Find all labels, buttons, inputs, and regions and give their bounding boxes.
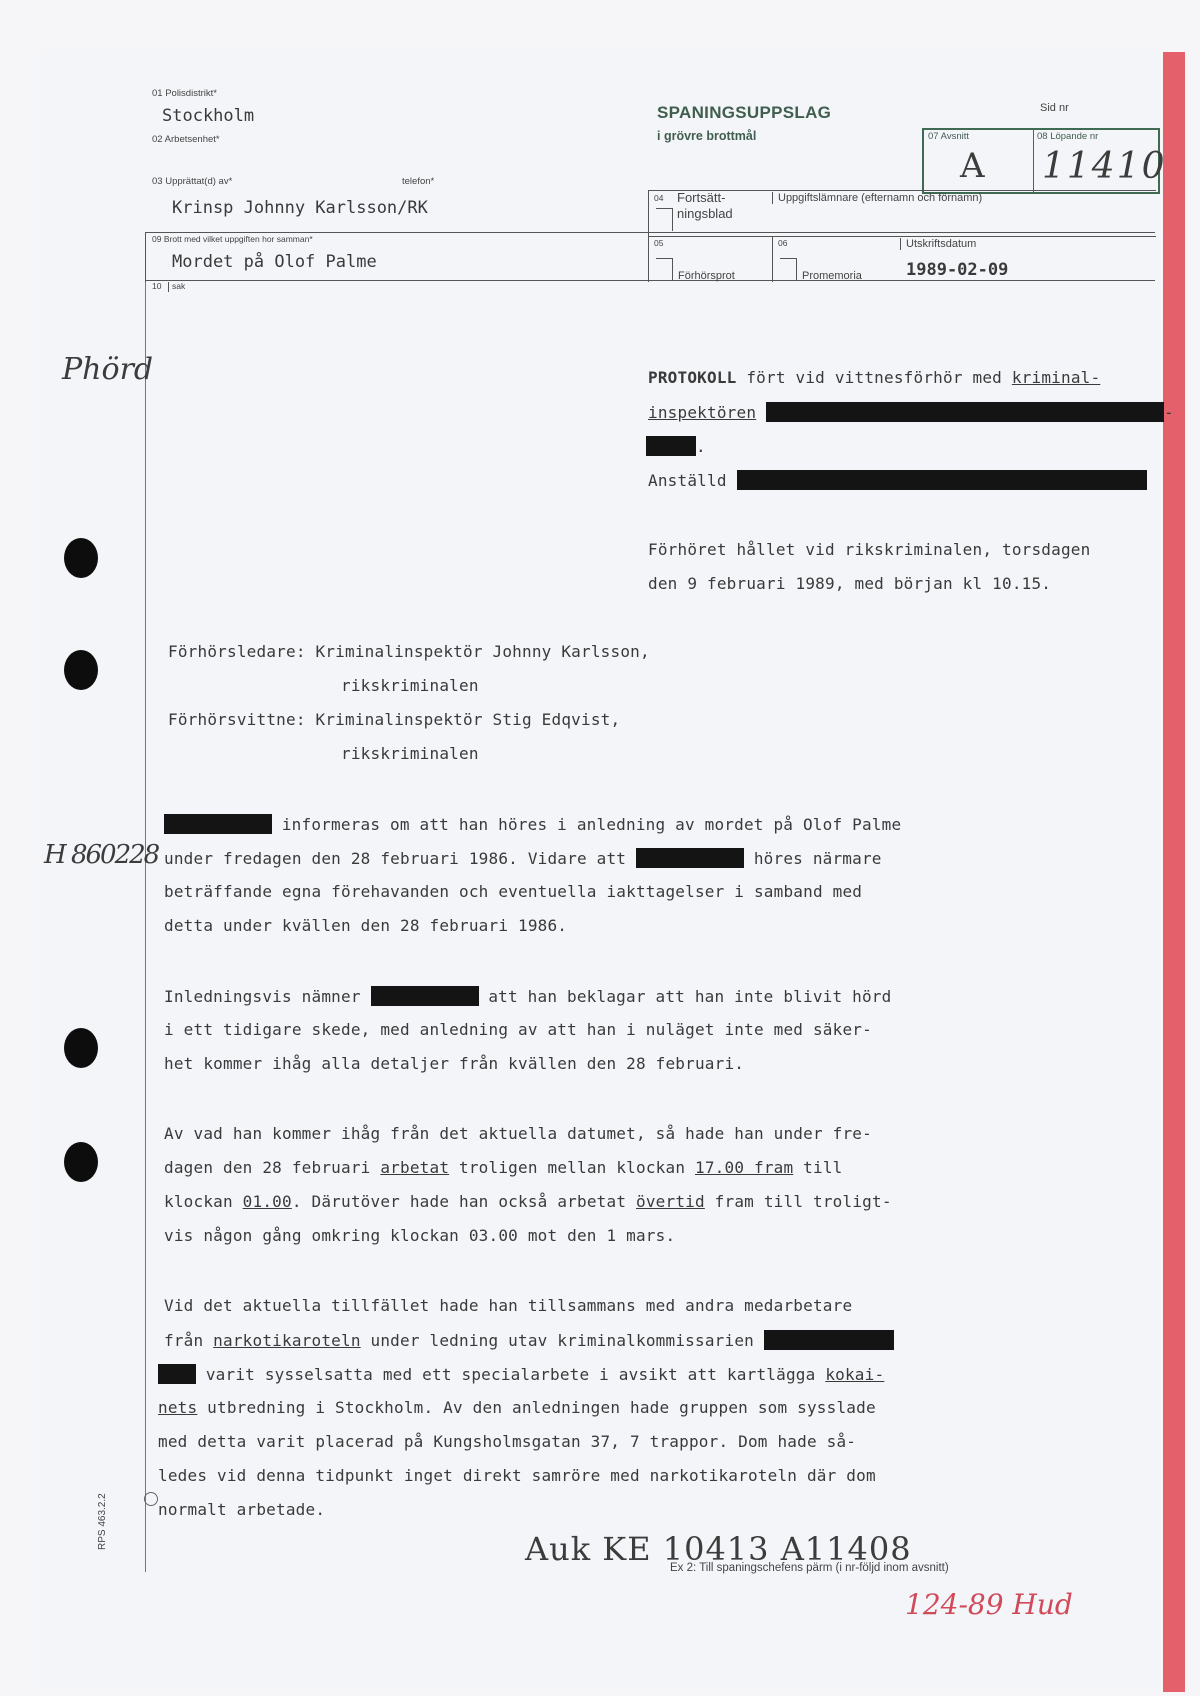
paragraph-text: kokai-: [825, 1365, 884, 1384]
redaction-bar: [766, 402, 1164, 422]
field-06-num: 06: [778, 238, 787, 248]
red-handwritten-note: 124-89 Hud: [905, 1588, 1073, 1621]
p3-line-3: klockan 01.00. Därutöver hade han också …: [164, 1192, 892, 1211]
paragraph-text: 01.00: [243, 1192, 292, 1211]
held-line-1: Förhöret hållet vid rikskriminalen, tors…: [648, 540, 1090, 559]
protocol-line-1: PROTOKOLL fört vid vittnesförhör med kri…: [648, 368, 1100, 387]
sid-nr-label: Sid nr: [1040, 102, 1069, 114]
paragraph-text: varit sysselsatta med ett specialarbete …: [196, 1365, 825, 1384]
protocol-keyword: PROTOKOLL: [648, 368, 737, 387]
fortsattningsblad-checkbox[interactable]: [656, 208, 673, 231]
telefon-label: telefon*: [402, 176, 434, 187]
paragraph-text: . Därutöver hade han också arbetat: [292, 1192, 636, 1211]
field-10-label: 10: [152, 281, 161, 291]
paragraph-text: att han beklagar att han inte blivit hör…: [479, 987, 892, 1006]
form-divider: [772, 192, 773, 204]
copy-note: Ex 2: Till spaningschefens pärm (i nr-fö…: [670, 1562, 949, 1574]
paragraph-text: 17.00 fram: [695, 1158, 793, 1177]
field-09-value: Mordet på Olof Palme: [172, 252, 377, 272]
redaction-bar: [158, 1364, 196, 1384]
anstalld-label: Anställd: [648, 471, 727, 490]
paragraph-text: klockan: [164, 1192, 243, 1211]
field-08-label: 08 Löpande nr: [1037, 131, 1098, 142]
red-margin-stripe: [1163, 52, 1185, 1692]
paragraph-text: dagen den 28 februari: [164, 1158, 380, 1177]
field-03-label: 03 Upprättat(d) av*: [152, 176, 232, 187]
p4-line-3: varit sysselsatta med ett specialarbete …: [158, 1364, 884, 1384]
protocol-text: kriminal-: [1012, 368, 1101, 387]
redaction-bar: [737, 470, 1147, 490]
redaction-bar: [764, 1330, 894, 1350]
redaction-bar: [636, 848, 744, 868]
field-04-label-2: ningsblad: [677, 206, 733, 221]
paragraph-text: under fredagen den 28 februari 1986. Vid…: [164, 849, 636, 868]
form-divider: [648, 236, 1156, 237]
p1-line-1: informeras om att han höres i anledning …: [164, 814, 901, 834]
field-08-value: 11410: [1042, 146, 1167, 187]
p4-line-5: med detta varit placerad på Kungsholmsga…: [158, 1432, 856, 1451]
form-title: SPANINGSUPPSLAG: [657, 103, 831, 123]
form-divider: [145, 280, 1155, 281]
paragraph-text: informeras om att han höres i anledning …: [272, 815, 901, 834]
form-divider: [1033, 130, 1034, 192]
forhorsprot-checkbox[interactable]: [656, 258, 673, 281]
leader-name: Kriminalinspektör Johnny Karlsson,: [316, 642, 650, 661]
punch-hole: [64, 650, 98, 690]
held-line-2: den 9 februari 1989, med början kl 10.15…: [648, 574, 1051, 593]
redaction-bar: [164, 814, 272, 834]
paragraph-text: till: [793, 1158, 842, 1177]
p1-line-2: under fredagen den 28 februari 1986. Vid…: [164, 848, 882, 868]
handwritten-phord: Phörd: [62, 352, 153, 387]
field-02-label: 02 Arbetsenhet*: [152, 134, 220, 145]
field-04-label-1: Fortsätt-: [677, 190, 725, 205]
paragraph-text: troligen mellan klockan: [449, 1158, 695, 1177]
redaction-bar: [371, 986, 479, 1006]
p3-line-4: vis någon gång omkring klockan 03.00 mot…: [164, 1226, 675, 1245]
form-divider: [168, 282, 169, 292]
form-divider: [772, 236, 773, 282]
sak-label: sak: [172, 281, 185, 291]
leader-unit: rikskriminalen: [341, 676, 479, 695]
form-divider: [145, 232, 1155, 233]
punch-hole: [64, 1028, 98, 1068]
field-06-label: Promemoria: [802, 270, 862, 282]
utskriftsdatum-value: 1989-02-09: [906, 260, 1008, 280]
p2-line-3: het kommer ihåg alla detaljer från kväll…: [164, 1054, 744, 1073]
redaction-bar: [646, 436, 696, 456]
field-07-label: 07 Avsnitt: [928, 131, 969, 142]
field-04-num: 04: [654, 193, 663, 203]
p4-line-6: ledes vid denna tidpunkt inget direkt sa…: [158, 1466, 876, 1485]
p3-line-2: dagen den 28 februari arbetat troligen m…: [164, 1158, 843, 1177]
protocol-line-2: inspektören -: [648, 402, 1174, 422]
form-code: RPS 463.2.2: [97, 1493, 108, 1550]
uppgiftslamnare-label: Uppgiftslämnare (efternamn och förnamn): [778, 192, 982, 204]
p1-line-4: detta under kvällen den 28 februari 1986…: [164, 916, 567, 935]
paragraph-text: övertid: [636, 1192, 705, 1211]
punch-hole: [64, 1142, 98, 1182]
witness-name: Kriminalinspektör Stig Edqvist,: [316, 710, 621, 729]
margin-line: [145, 282, 146, 1572]
paragraph-text: arbetat: [380, 1158, 449, 1177]
promemoria-checkbox[interactable]: [780, 258, 797, 281]
paragraph-text: fram till troligt-: [705, 1192, 892, 1211]
punch-hole: [64, 538, 98, 578]
witness-line: Förhörsvittne: Kriminalinspektör Stig Ed…: [168, 710, 620, 729]
field-03-value: Krinsp Johnny Karlsson/RK: [172, 198, 428, 218]
paragraph-text: under ledning utav kriminalkommissarien: [361, 1331, 764, 1350]
form-divider: [900, 238, 901, 250]
field-09-label: 09 Brott med vilket uppgiften hor samman…: [152, 234, 313, 244]
p2-line-2: i ett tidigare skede, med anledning av a…: [164, 1020, 872, 1039]
field-05-label: Förhörsprot: [678, 270, 735, 282]
paragraph-text: höres närmare: [744, 849, 882, 868]
protocol-line-3: .: [646, 436, 706, 456]
p3-line-1: Av vad han kommer ihåg från det aktuella…: [164, 1124, 872, 1143]
protocol-text: fört vid vittnesförhör med: [737, 368, 1012, 387]
paragraph-text: från: [164, 1331, 213, 1350]
p4-line-1: Vid det aktuella tillfället hade han til…: [164, 1296, 852, 1315]
paragraph-text: narkotikaroteln: [213, 1331, 361, 1350]
witness-label: Förhörsvittne:: [168, 710, 306, 729]
field-01-label: 01 Polisdistrikt*: [152, 88, 217, 99]
leader-label: Förhörsledare:: [168, 642, 306, 661]
protocol-text: inspektören: [648, 403, 756, 422]
small-circle-mark: [144, 1492, 158, 1506]
p2-line-1: Inledningsvis nämner att han beklagar at…: [164, 986, 891, 1006]
p4-line-4: nets utbredning i Stockholm. Av den anle…: [158, 1398, 876, 1417]
field-01-value: Stockholm: [162, 106, 254, 126]
utskriftsdatum-label: Utskriftsdatum: [906, 238, 976, 250]
field-07-value: A: [960, 146, 985, 186]
paragraph-text: nets: [158, 1398, 197, 1417]
p1-line-3: beträffande egna förehavanden och eventu…: [164, 882, 862, 901]
form-subtitle: i grövre brottmål: [657, 129, 756, 143]
leader-line: Förhörsledare: Kriminalinspektör Johnny …: [168, 642, 650, 661]
p4-line-2: från narkotikaroteln under ledning utav …: [164, 1330, 894, 1350]
protocol-text: .: [696, 437, 706, 456]
protocol-line-4: Anställd: [648, 470, 1147, 490]
witness-unit: rikskriminalen: [341, 744, 479, 763]
p4-line-7: normalt arbetade.: [158, 1500, 325, 1519]
paragraph-text: Inledningsvis nämner: [164, 987, 371, 1006]
handwritten-h-number: H 860228: [44, 840, 158, 870]
paragraph-text: utbredning i Stockholm. Av den anledning…: [197, 1398, 875, 1417]
field-05-num: 05: [654, 238, 663, 248]
protocol-text: -: [1164, 403, 1174, 422]
